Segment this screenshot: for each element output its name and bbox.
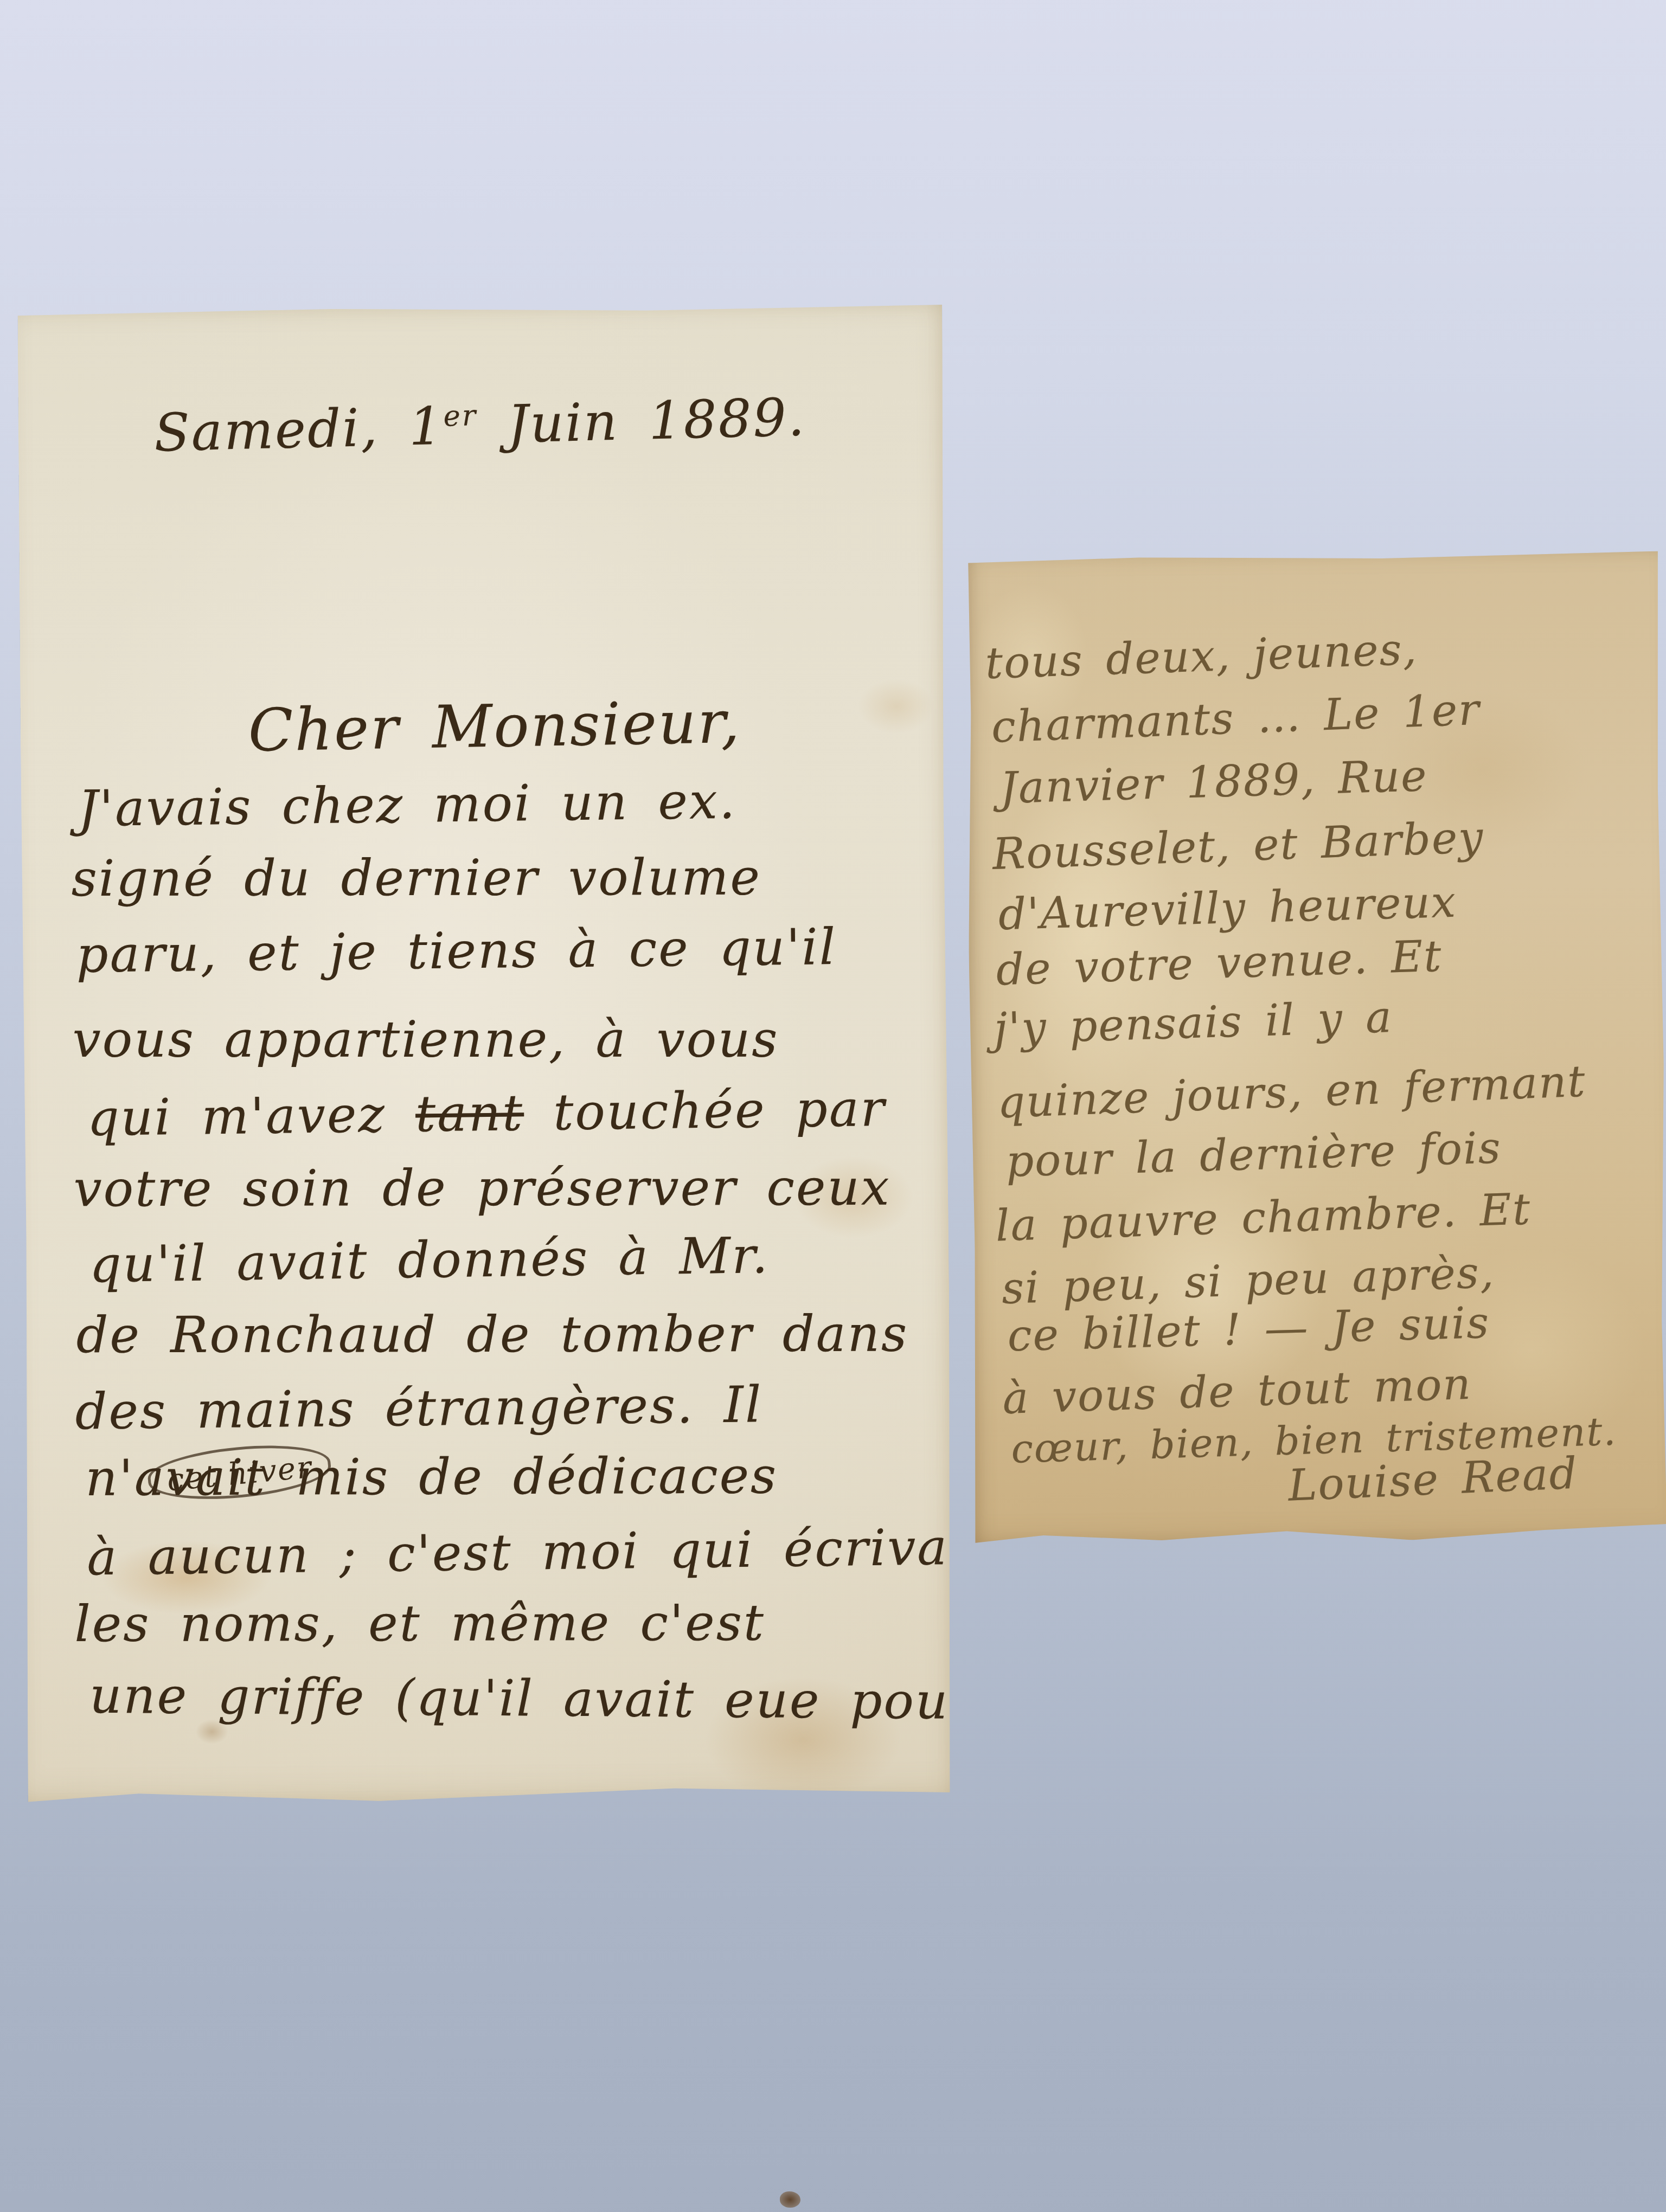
handwriting-line: j'y pensais il y a — [993, 992, 1393, 1054]
handwriting-line: pour la dernière fois — [1005, 1122, 1502, 1186]
paper-speck — [780, 2191, 800, 2208]
line-text: ; c'est moi qui écrivais — [310, 1517, 994, 1584]
date-text: Samedi, 1 — [153, 396, 445, 464]
handwriting-line: vous appartienne, à vous — [73, 1011, 779, 1069]
stain — [858, 679, 934, 734]
handwriting-line: à aucun ; c'est moi qui écrivais — [87, 1517, 994, 1586]
line-text: touchée par — [523, 1079, 886, 1142]
right-letter-page: tous deux, jeunes, charmants … Le 1er Ja… — [965, 551, 1666, 1544]
handwriting-line: à vous de tout mon — [1002, 1359, 1472, 1424]
handwriting-line: la pauvre chambre. Et — [995, 1184, 1532, 1251]
handwriting-line: charmants … Le 1er — [990, 684, 1481, 753]
date-text: Juin 1889. — [477, 387, 806, 455]
handwriting-line: qui m'avez tant touchée par — [87, 1079, 886, 1147]
handwriting-line: qu'il avait donnés à Mr. — [89, 1226, 770, 1294]
handwriting-line: Janvier 1889, Rue — [999, 750, 1428, 813]
handwriting-line: Rousselet, et Barbey — [991, 812, 1484, 879]
handwriting-line: quinze jours, en fermant — [996, 1056, 1587, 1128]
date-line: Samedi, 1er Juin 1889. — [153, 387, 807, 463]
handwriting-line: paru, et je tiens à ce qu'il — [76, 918, 837, 984]
handwriting-line: les noms, et même c'est — [74, 1594, 765, 1653]
handwriting-line: votre soin de préserver ceux — [74, 1159, 891, 1218]
handwriting-line: d'Aurevilly heureux — [998, 877, 1458, 940]
struck-word: tant — [415, 1084, 524, 1143]
handwriting-line: tous deux, jeunes, — [984, 624, 1418, 689]
handwriting-line: des mains étrangères. Il — [75, 1375, 763, 1441]
handwriting-line: signé du dernier volume — [72, 848, 761, 908]
handwriting-line: de Ronchaud de tomber dans — [76, 1305, 909, 1365]
salutation-line: Cher Monsieur, — [248, 689, 742, 765]
handwriting-line: J'avais chez moi un ex. — [78, 772, 736, 838]
handwriting-line: une griffe (qu'il avait eue pour — [89, 1667, 975, 1731]
photo-surface: Samedi, 1er Juin 1889. Cher Monsieur, J'… — [0, 0, 1666, 2212]
left-letter-page: Samedi, 1er Juin 1889. Cher Monsieur, J'… — [17, 305, 952, 1805]
handwriting-line: de votre venue. Et — [995, 931, 1443, 995]
date-superscript: er — [443, 399, 478, 433]
line-text: à aucun — [87, 1526, 311, 1587]
line-text: qui m'avez — [87, 1085, 416, 1147]
